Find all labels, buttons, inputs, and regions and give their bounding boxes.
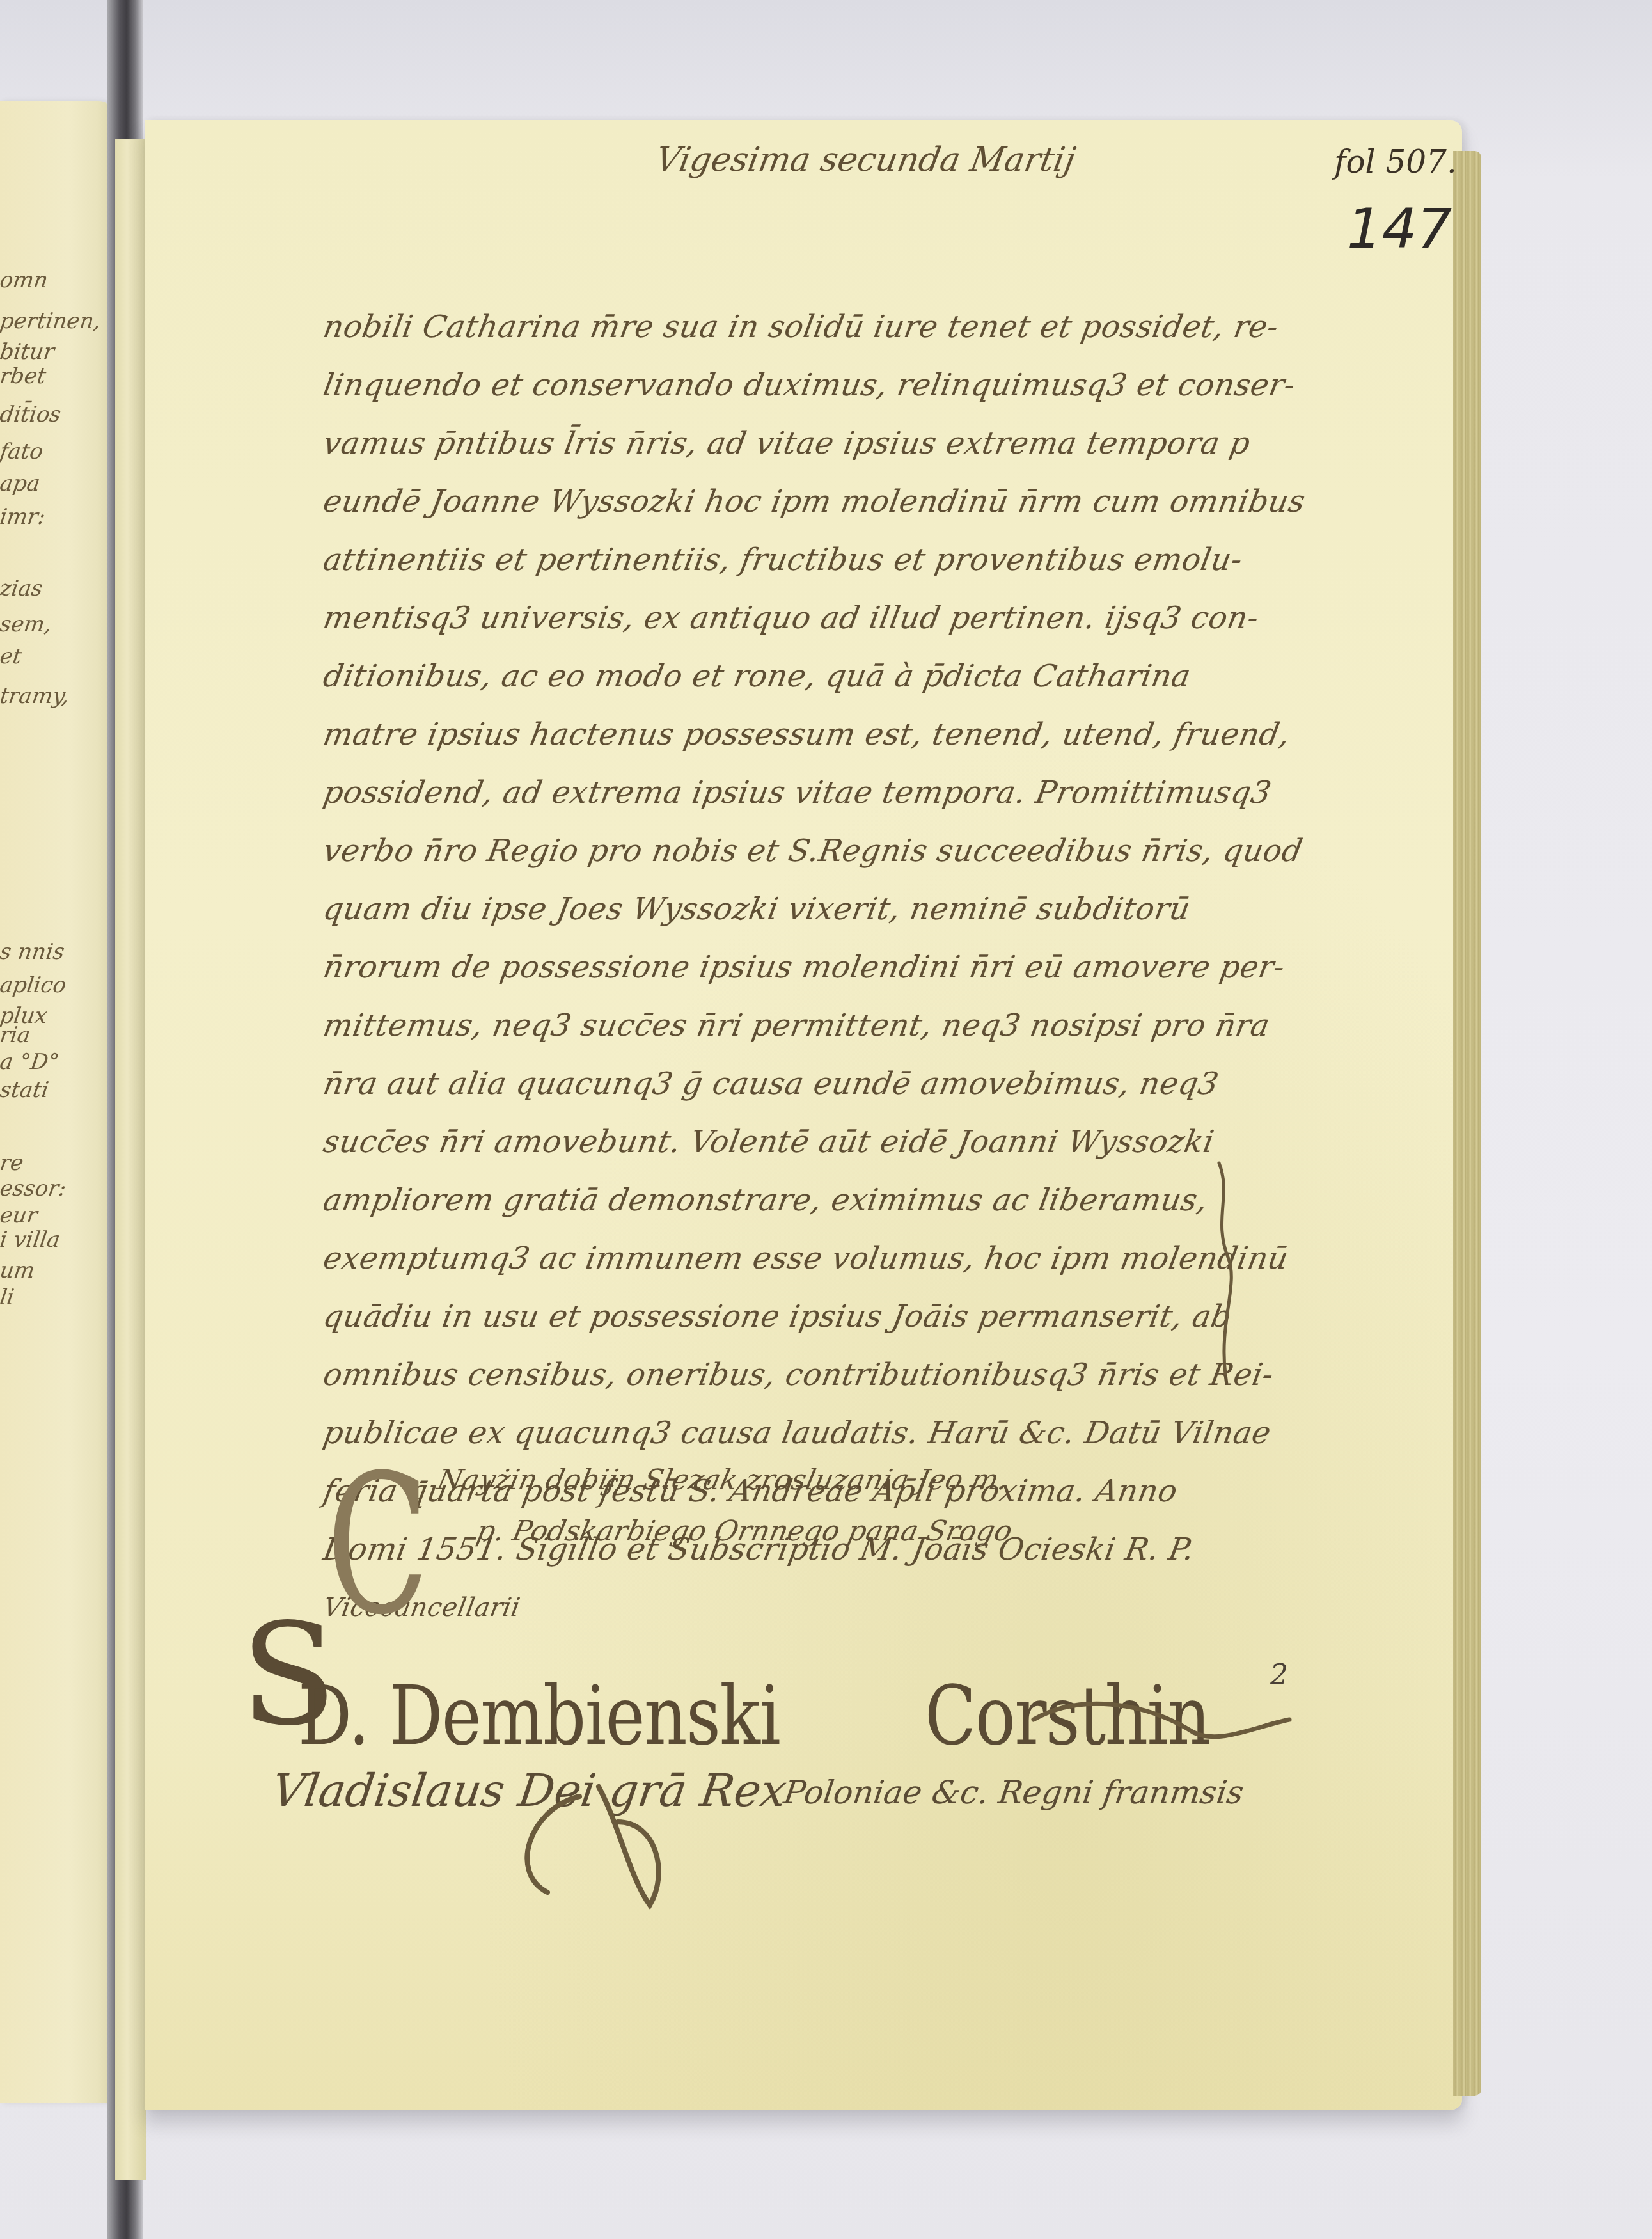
margin-fragment: stati — [0, 1077, 51, 1103]
body-line: eundē Joanne Wyssozki hoc ipm molendinū … — [319, 473, 1416, 531]
body-line: succ̄es n̄ri amovebunt. Volentē aūt eidē… — [319, 1113, 1416, 1171]
margin-fragment: s nnis — [0, 939, 66, 965]
body-line: mittemus, neq3 succ̄es n̄ri permittent, … — [319, 997, 1416, 1055]
body-line: quādiu in usu et possessione ipsius Joāi… — [319, 1288, 1416, 1346]
royal-intitulatio-continued: Poloniae &c. Regni franmsis — [782, 1774, 1246, 1811]
page-header-date: Vigesima secunda Martij — [653, 141, 1078, 179]
leaf-number: 147 — [1347, 197, 1452, 261]
decorative-c-flourish: C — [326, 1450, 429, 1642]
body-line: verbo n̄ro Regio pro nobis et S.Regnis s… — [319, 822, 1416, 880]
margin-fragment: imr: — [0, 504, 47, 530]
signature-flourish-loop — [503, 1784, 733, 1911]
margin-fragment: tramy, — [0, 683, 71, 709]
margin-fragment: fato — [0, 439, 45, 464]
margin-fragment: um — [0, 1258, 36, 1283]
left-page: omn pertinen, bitur rbet dit̄ios fato ap… — [0, 101, 115, 2103]
margin-fragment: ria — [0, 1022, 32, 1048]
margin-fragment: et — [0, 644, 24, 669]
polish-note-line: p. Podskarbiego Ornnego pana Srogo — [474, 1515, 1016, 1547]
body-line: possidend, ad extrema ipsius vitae tempo… — [319, 764, 1416, 822]
margin-fragment: zias — [0, 576, 44, 601]
body-line: ditionibus, ac eo modo et rone, quā à p̄… — [319, 647, 1416, 706]
margin-fragment: omn — [0, 267, 49, 293]
right-margin-bracket — [1206, 1157, 1245, 1387]
folio-number: fol 507. — [1334, 143, 1457, 180]
body-line: publicae ex quacunq3 causa laudatis. Har… — [319, 1404, 1416, 1462]
margin-fragment: a °D° — [0, 1049, 61, 1075]
margin-fragment: re — [0, 1150, 25, 1176]
polish-note-line: - Nayżin dobijn Slezak zrosluzania Jeo m… — [416, 1464, 1011, 1496]
margin-fragment: dit̄ios — [0, 402, 63, 427]
body-line: attinentiis et pertinentiis, fructibus e… — [319, 531, 1416, 589]
right-page: Vigesima secunda Martij fol 507. 147 nob… — [145, 120, 1462, 2110]
margin-fragment: eur — [0, 1203, 39, 1228]
margin-fragment: aplico — [0, 972, 68, 998]
body-line: n̄rorum de possessione ipsius molendini … — [319, 938, 1416, 997]
margin-fragment: pertinen, — [0, 308, 102, 334]
body-line: ampliorem gratiā demonstrare, eximimus a… — [319, 1171, 1416, 1230]
body-line: mentisq3 universis, ex antiquo ad illud … — [319, 589, 1416, 647]
margin-fragment: apa — [0, 471, 42, 496]
body-line: quam diu ipse Joes Wyssozki vixerit, nem… — [319, 880, 1416, 938]
charter-body: nobili Catharina m̄re sua in solidū iure… — [324, 298, 1411, 1637]
body-line: nobili Catharina m̄re sua in solidū iure… — [319, 298, 1416, 356]
margin-fragment: i villa — [0, 1227, 62, 1253]
margin-fragment: li — [0, 1285, 16, 1310]
page-edges — [1453, 151, 1481, 2096]
body-line: vamus p̄ntibus l̄ris n̄ris, ad vitae ips… — [319, 415, 1416, 473]
body-line: linquendo et conservando duximus, relinq… — [319, 356, 1416, 415]
body-line: Vicecancellarii — [319, 1579, 1416, 1637]
body-line: exemptumq3 ac immunem esse volumus, hoc … — [319, 1230, 1416, 1288]
body-line: n̄ra aut alia quacunq3 ḡ causa eundē amo… — [319, 1055, 1416, 1113]
signature-flourish-line — [1027, 1681, 1296, 1771]
signature-dembienski: D. Dembienski — [298, 1668, 780, 1764]
margin-fragment: rbet — [0, 363, 48, 389]
body-line: matre ipsius hactenus possessum est, ten… — [319, 706, 1416, 764]
margin-fragment: sem, — [0, 612, 53, 637]
body-line: omnibus censibus, oneribus, contribution… — [319, 1346, 1416, 1404]
gutter-paper-fold — [115, 139, 146, 2180]
margin-fragment: essor: — [0, 1176, 68, 1201]
margin-fragment: bitur — [0, 339, 56, 365]
